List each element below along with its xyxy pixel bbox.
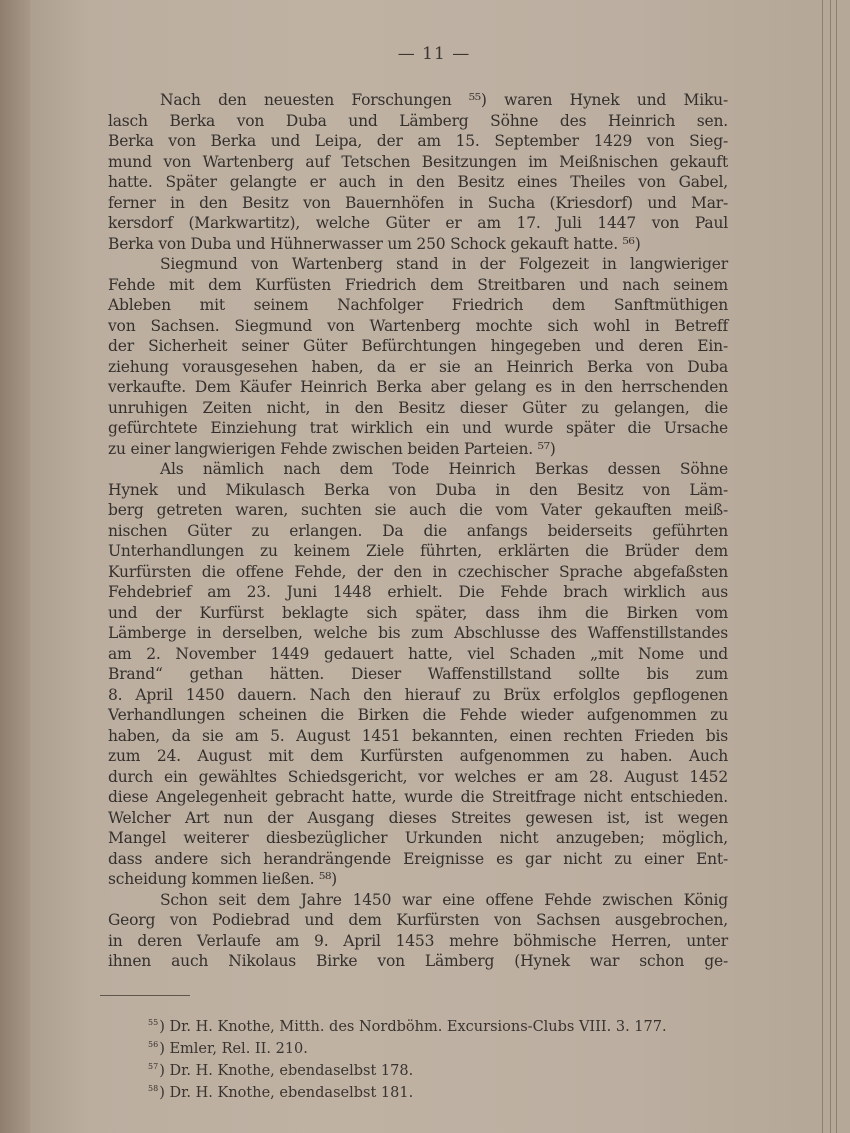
text-line: hatte. Später gelangte er auch in den Be… bbox=[108, 172, 728, 193]
text-line: gefürchtete Einziehung trat wirklich ein… bbox=[108, 418, 728, 439]
book-page: — 11 — Nach den neuesten Forschungen ⁵⁵)… bbox=[30, 0, 838, 1133]
footnote-number: 58 bbox=[148, 1084, 158, 1093]
footnote-number: 57 bbox=[148, 1062, 158, 1071]
footnote-text: ) Dr. H. Knothe, ebendaselbst 181. bbox=[159, 1085, 413, 1101]
text-line: Verhandlungen scheinen die Birken die Fe… bbox=[108, 705, 728, 726]
footnote: 55) Dr. H. Knothe, Mitth. des Nordböhm. … bbox=[148, 1014, 667, 1036]
book-gutter-shadow bbox=[0, 0, 30, 1133]
text-line: Lämberge in derselben, welche bis zum Ab… bbox=[108, 623, 728, 644]
footnotes: 55) Dr. H. Knothe, Mitth. des Nordböhm. … bbox=[148, 1014, 667, 1102]
text-line: von Sachsen. Siegmund von Wartenberg moc… bbox=[108, 316, 728, 337]
text-line: ziehung vorausgesehen haben, da er sie a… bbox=[108, 357, 728, 378]
text-line: Brand“ gethan hätten. Dieser Waffenstill… bbox=[108, 664, 728, 685]
text-line: Unterhandlungen zu keinem Ziele führten,… bbox=[108, 541, 728, 562]
text-line: scheidung kommen ließen. ⁵⁸) bbox=[108, 869, 728, 890]
footnote-number: 55 bbox=[148, 1018, 158, 1027]
text-line: verkaufte. Dem Käufer Heinrich Berka abe… bbox=[108, 377, 728, 398]
footnote-number: 56 bbox=[148, 1040, 158, 1049]
text-line: Kurfürsten die offene Fehde, der den in … bbox=[108, 562, 728, 583]
footnote-text: ) Dr. H. Knothe, ebendaselbst 178. bbox=[159, 1063, 413, 1079]
footnote: 56) Emler, Rel. II. 210. bbox=[148, 1036, 667, 1058]
text-line: Welcher Art nun der Ausgang dieses Strei… bbox=[108, 808, 728, 829]
page-edge-line bbox=[830, 0, 831, 1133]
text-line: Georg von Podiebrad und dem Kurfürsten v… bbox=[108, 910, 728, 931]
text-line: dass andere sich herandrängende Ereignis… bbox=[108, 849, 728, 870]
text-line: Schon seit dem Jahre 1450 war eine offen… bbox=[108, 890, 728, 911]
text-line: lasch Berka von Duba und Lämberg Söhne d… bbox=[108, 111, 728, 132]
text-line: nischen Güter zu erlangen. Da die anfang… bbox=[108, 521, 728, 542]
text-line: Nach den neuesten Forschungen ⁵⁵) waren … bbox=[108, 90, 728, 111]
text-line: und der Kurfürst beklagte sich später, d… bbox=[108, 603, 728, 624]
text-line: kersdorf (Markwartitz), welche Güter er … bbox=[108, 213, 728, 234]
text-line: zum 24. August mit dem Kurfürsten aufgen… bbox=[108, 746, 728, 767]
text-line: ihnen auch Nikolaus Birke von Lämberg (H… bbox=[108, 951, 728, 972]
text-line: Fehde mit dem Kurfüsten Friedrich dem St… bbox=[108, 275, 728, 296]
text-line: mund von Wartenberg auf Tetschen Besitzu… bbox=[108, 152, 728, 173]
text-line: haben, da sie am 5. August 1451 bekannte… bbox=[108, 726, 728, 747]
footnote: 57) Dr. H. Knothe, ebendaselbst 178. bbox=[148, 1058, 667, 1080]
text-line: der Sicherheit seiner Güter Befürchtunge… bbox=[108, 336, 728, 357]
text-line: diese Angelegenheit gebracht hatte, wurd… bbox=[108, 787, 728, 808]
text-line: in deren Verlaufe am 9. April 1453 mehre… bbox=[108, 931, 728, 952]
body-text: Nach den neuesten Forschungen ⁵⁵) waren … bbox=[108, 90, 728, 972]
footnote-text: ) Dr. H. Knothe, Mitth. des Nordböhm. Ex… bbox=[159, 1019, 666, 1035]
text-line: Ableben mit seinem Nachfolger Friedrich … bbox=[108, 295, 728, 316]
text-line: unruhigen Zeiten nicht, in den Besitz di… bbox=[108, 398, 728, 419]
footnote-separator bbox=[100, 995, 190, 996]
footnote-text: ) Emler, Rel. II. 210. bbox=[159, 1041, 308, 1057]
text-line: Als nämlich nach dem Tode Heinrich Berka… bbox=[108, 459, 728, 480]
text-line: Fehdebrief am 23. Juni 1448 erhielt. Die… bbox=[108, 582, 728, 603]
text-line: berg getreten waren, suchten sie auch di… bbox=[108, 500, 728, 521]
page-edge-line bbox=[836, 0, 837, 1133]
text-line: am 2. November 1449 gedauert hatte, viel… bbox=[108, 644, 728, 665]
page-edge-line bbox=[822, 0, 823, 1133]
footnote: 58) Dr. H. Knothe, ebendaselbst 181. bbox=[148, 1080, 667, 1102]
text-line: Berka von Duba und Hühnerwasser um 250 S… bbox=[108, 234, 728, 255]
text-line: zu einer langwierigen Fehde zwischen bei… bbox=[108, 439, 728, 460]
text-line: Siegmund von Wartenberg stand in der Fol… bbox=[108, 254, 728, 275]
page-number: — 11 — bbox=[30, 44, 838, 64]
text-line: 8. April 1450 dauern. Nach den hierauf z… bbox=[108, 685, 728, 706]
text-line: Mangel weiterer diesbezüglicher Urkunden… bbox=[108, 828, 728, 849]
text-line: Berka von Berka und Leipa, der am 15. Se… bbox=[108, 131, 728, 152]
text-line: durch ein gewähltes Schiedsgericht, vor … bbox=[108, 767, 728, 788]
text-line: ferner in den Besitz von Bauernhöfen in … bbox=[108, 193, 728, 214]
text-line: Hynek und Mikulasch Berka von Duba in de… bbox=[108, 480, 728, 501]
